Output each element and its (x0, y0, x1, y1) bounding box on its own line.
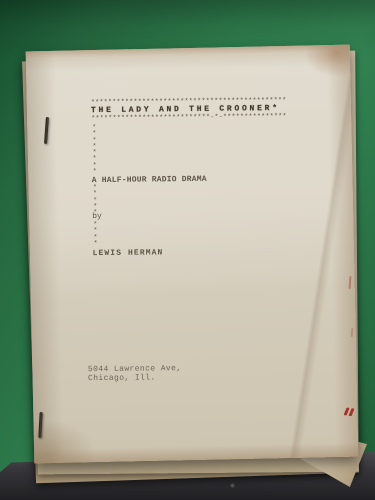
title-box-bottom-border: ****************************-*-*********… (91, 113, 287, 122)
script-cover-page: ****************************************… (26, 45, 359, 464)
red-edge-scribble (344, 407, 355, 417)
photo-of-manuscript: ****************************************… (0, 0, 375, 500)
asterisk-column-3: * * * * (93, 222, 97, 247)
byline-label: by (92, 212, 102, 221)
address-line-2: Chicago, Ill. (88, 373, 156, 383)
typed-text-block: ****************************************… (26, 47, 355, 463)
author-name: LEWIS HERMAN (93, 248, 164, 258)
script-subtitle: A HALF-HOUR RADIO DRAMA (92, 175, 207, 185)
asterisk-column-1: * * * * * * * * (92, 125, 97, 175)
